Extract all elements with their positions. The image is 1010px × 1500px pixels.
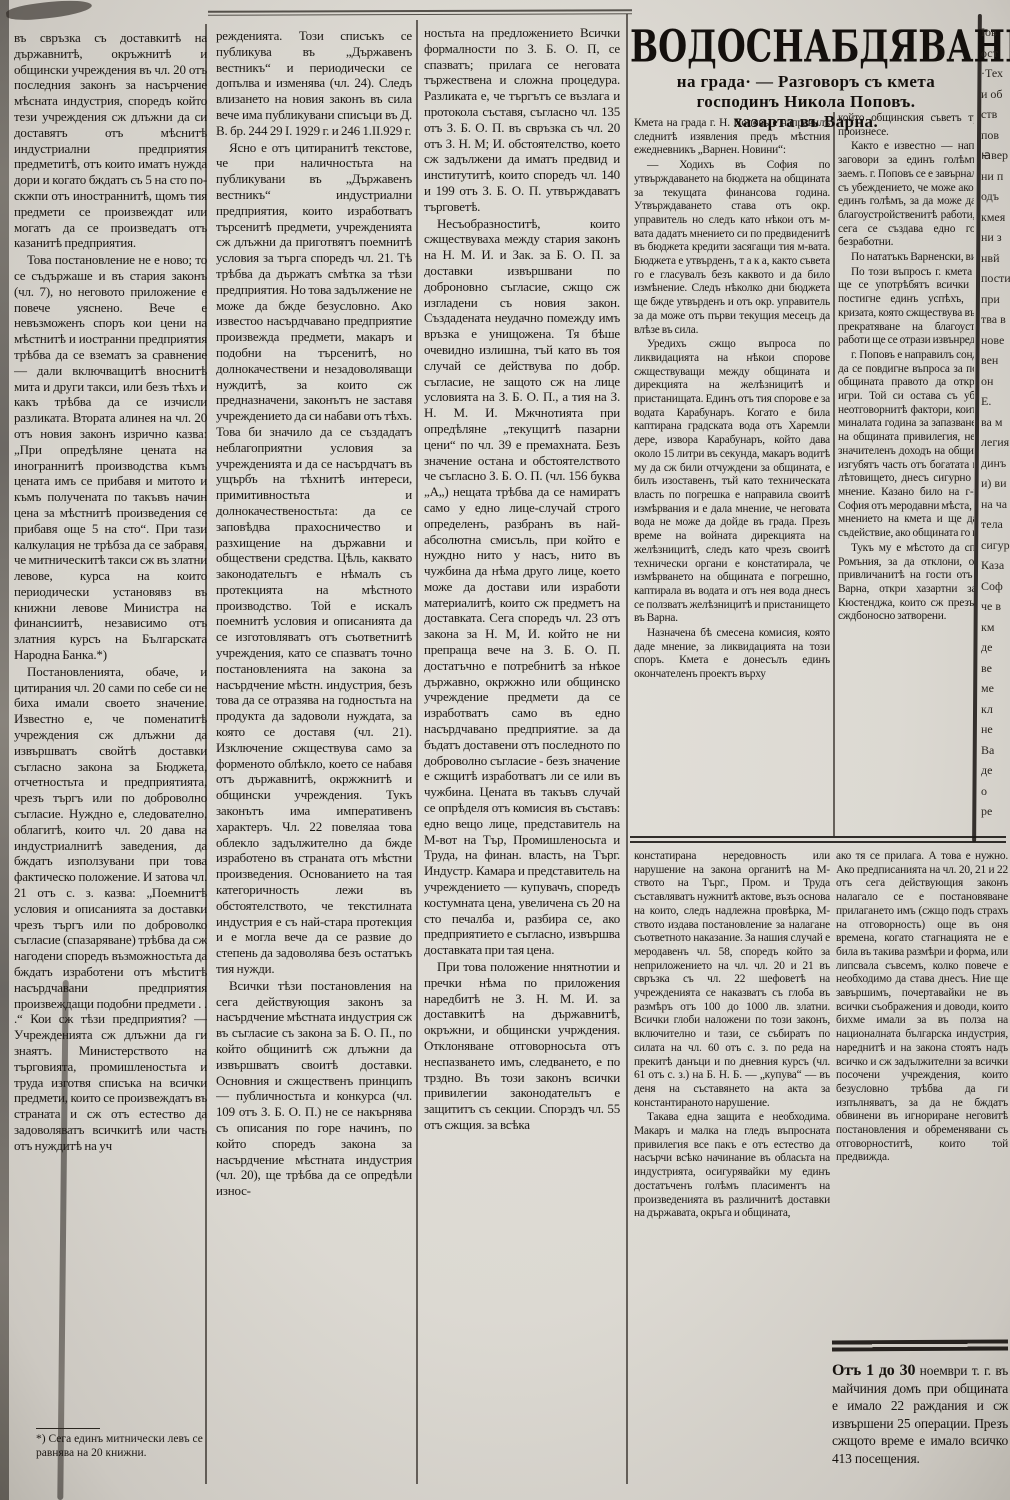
headline-subtitle-line2: господинъ Никола Поповъ. bbox=[630, 92, 982, 112]
paragraph: Ясно е отъ цитиранитѣ текстове, че при н… bbox=[216, 140, 412, 977]
paragraph: ностьта на предложението Всички формално… bbox=[424, 25, 620, 215]
torn-edge-fragment: км bbox=[981, 617, 1010, 638]
headline-subtitle-line1: на града· — Разговоръ съ кмета bbox=[630, 72, 982, 92]
paragraph: Назначена бѣ смесена комисия, която даде… bbox=[634, 627, 830, 682]
torn-edge-fragment: ост bbox=[981, 43, 1010, 64]
fragment-list: Іовост·Техи обствповꙗверни подъкмеяни зн… bbox=[981, 22, 1010, 43]
torn-edge-fragment: и об bbox=[981, 84, 1010, 105]
column-rule-3 bbox=[626, 14, 628, 1484]
torn-edge-fragment: о bbox=[981, 781, 1010, 802]
scan-artifact-left-edge bbox=[0, 0, 9, 1500]
paragraph: Както е известно — напослѣдъкъ се загово… bbox=[838, 140, 974, 250]
torn-edge-fragment: де bbox=[981, 760, 1010, 781]
torn-edge-fragment: кл bbox=[981, 699, 1010, 720]
paragraph: Тукъ му е мѣстото да споменемъ, че Ромън… bbox=[838, 542, 974, 624]
torn-edge-fragment: динъ bbox=[981, 453, 1010, 474]
torn-edge-fragment: нвй bbox=[981, 248, 1010, 269]
paragraph: При това положение ннятнотии и пречки нѣ… bbox=[424, 959, 620, 1133]
column-rule-4 bbox=[833, 112, 835, 836]
top-rule bbox=[208, 9, 632, 15]
torn-edge-fragment: Іов bbox=[981, 22, 1010, 43]
paragraph: — Ходихъ въ София по утвърждаването на б… bbox=[634, 159, 830, 337]
torn-edge-fragment: при bbox=[981, 289, 1010, 310]
article-column-4-bottom: констатирана нередовность или нарушение … bbox=[634, 850, 830, 1495]
article-column-1: въ свръзка съ доставкитѣ на държавнитѣ, … bbox=[14, 30, 207, 1422]
torn-edge-fragment: сигур bbox=[981, 535, 1010, 556]
footnote-rule bbox=[36, 1428, 100, 1429]
interview-column: Кмета на града г. Н. Поповъ е направилъ … bbox=[634, 117, 830, 833]
torn-edge-fragment: Каза bbox=[981, 555, 1010, 576]
paragraph: Постановленията, обаче, и цитирания чл. … bbox=[14, 664, 207, 1154]
column-5-paragraphs: който общинския съветъ трѣбва да се прои… bbox=[838, 112, 974, 624]
torn-edge-fragment: он bbox=[981, 371, 1010, 392]
torn-edge-fragment: ꙗвер bbox=[981, 145, 1010, 166]
paragraph: Уредихъ сжщо въпроса по ликвидацията на … bbox=[634, 338, 830, 626]
clipped-column-5: който общинския съветъ трѣбва да се прои… bbox=[838, 112, 974, 834]
torn-edge-fragment: Е. bbox=[981, 391, 1010, 412]
torn-edge-fragment: ме bbox=[981, 678, 1010, 699]
paragraph: Това постановление не е ново; то се съдъ… bbox=[14, 252, 207, 663]
column-2-paragraphs: режденията. Този списъкъ се публикува въ… bbox=[216, 28, 412, 1199]
news-brief: Отъ 1 до 30 ноември т. г. въ майчиния до… bbox=[832, 1362, 1008, 1467]
paragraph: констатирана нередовность или нарушение … bbox=[634, 850, 830, 1110]
newspaper-page: ВОДОСНАБДЯВАНЕТО на града· — Разговоръ с… bbox=[0, 0, 1010, 1500]
paragraph: ако тя се прилага. А това е нужно. Ако п… bbox=[836, 850, 1008, 1165]
paragraph: Всички тѣзи постановления на сега действ… bbox=[216, 978, 412, 1199]
torn-edge-fragment: де bbox=[981, 637, 1010, 658]
torn-edge-fragment: нове bbox=[981, 330, 1010, 351]
torn-edge-fragment: вен bbox=[981, 350, 1010, 371]
paragraph: По нататъкъ Варненски, вина пише: bbox=[838, 251, 974, 265]
torn-edge-fragment: Соф bbox=[981, 576, 1010, 597]
article-column-5: който общинския съветъ трѣбва да се прои… bbox=[838, 112, 974, 625]
torn-edge-fragment: не bbox=[981, 719, 1010, 740]
news-brief-lead: Отъ 1 до 30 bbox=[832, 1362, 915, 1379]
torn-edge-fragment: ни з bbox=[981, 227, 1010, 248]
interview-paragraphs: Кмета на града г. Н. Поповъ е направилъ … bbox=[634, 117, 830, 682]
article-column-3: ностьта на предложението Всички формално… bbox=[424, 25, 620, 1488]
torn-edge-fragment: тела bbox=[981, 514, 1010, 535]
column-5-bottom-paragraphs: ако тя се прилага. А това е нужно. Ако п… bbox=[836, 850, 1008, 1165]
column-1-paragraphs: въ свръзка съ доставкитѣ на държавнитѣ, … bbox=[14, 30, 207, 1154]
section-divider bbox=[630, 836, 1006, 843]
torn-edge-fragment: ва м bbox=[981, 412, 1010, 433]
column-3-paragraphs: ностьта на предложението Всички формално… bbox=[424, 25, 620, 1133]
torn-edge-fragment: пов bbox=[981, 125, 1010, 146]
paragraph: режденията. Този списъкъ се публикува въ… bbox=[216, 28, 412, 139]
torn-edge-fragment: тва в bbox=[981, 309, 1010, 330]
torn-edge-fragment: на ча bbox=[981, 494, 1010, 515]
footnote-text: *) Сега единъ митнически левъ се равнява… bbox=[36, 1432, 208, 1460]
column-4-bottom-paragraphs: констатирана нередовность или нарушение … bbox=[634, 850, 830, 1221]
torn-edge-fragment: че в bbox=[981, 596, 1010, 617]
torn-edge-fragment: ре bbox=[981, 801, 1010, 822]
torn-edge-fragment: пости bbox=[981, 268, 1010, 289]
torn-edge-fragment: кмея bbox=[981, 207, 1010, 228]
scan-artifact-corner bbox=[5, 0, 92, 23]
brief-rule bbox=[832, 1340, 1008, 1352]
torn-edge-fragment: Ва bbox=[981, 740, 1010, 761]
paragraph: Кмета на града г. Н. Поповъ е направилъ … bbox=[634, 117, 830, 158]
torn-edge-fragment: ·Тех bbox=[981, 63, 1010, 84]
footnote: *) Сега единъ митнически левъ се равнява… bbox=[36, 1428, 208, 1460]
torn-edge-fragment: ни п bbox=[981, 166, 1010, 187]
torn-edge-fragment: легия bbox=[981, 432, 1010, 453]
paragraph: въ свръзка съ доставкитѣ на държавнитѣ, … bbox=[14, 30, 207, 251]
paragraph: Такава една защита е необходима. Макаръ … bbox=[634, 1111, 830, 1221]
article-column-2: режденията. Този списъкъ се публикува въ… bbox=[216, 28, 412, 1488]
paragraph: По този въпросъ г. кмета ни заяви, че ще… bbox=[838, 266, 974, 348]
headline-title: ВОДОСНАБДЯВАНЕТО bbox=[630, 20, 947, 72]
column-rule-2 bbox=[416, 20, 418, 1484]
torn-edge-fragment: ве bbox=[981, 658, 1010, 679]
torn-edge-fragment: одъ bbox=[981, 186, 1010, 207]
article-column-5-bottom: ако тя се прилага. А това е нужно. Ако п… bbox=[836, 850, 1008, 1332]
paragraph: който общинския съветъ трѣбва да се прои… bbox=[838, 112, 974, 139]
torn-edge-fragments: Іовост·Техи обствповꙗверни подъкмеяни зн… bbox=[981, 22, 1010, 842]
torn-edge-fragment: и) ви bbox=[981, 473, 1010, 494]
paragraph: Несъобразноститѣ, които сжществуваха меж… bbox=[424, 216, 620, 958]
torn-edge-fragment: ств bbox=[981, 104, 1010, 125]
paragraph: г. Поповъ е направилъ сондажи на ново да… bbox=[838, 349, 974, 541]
